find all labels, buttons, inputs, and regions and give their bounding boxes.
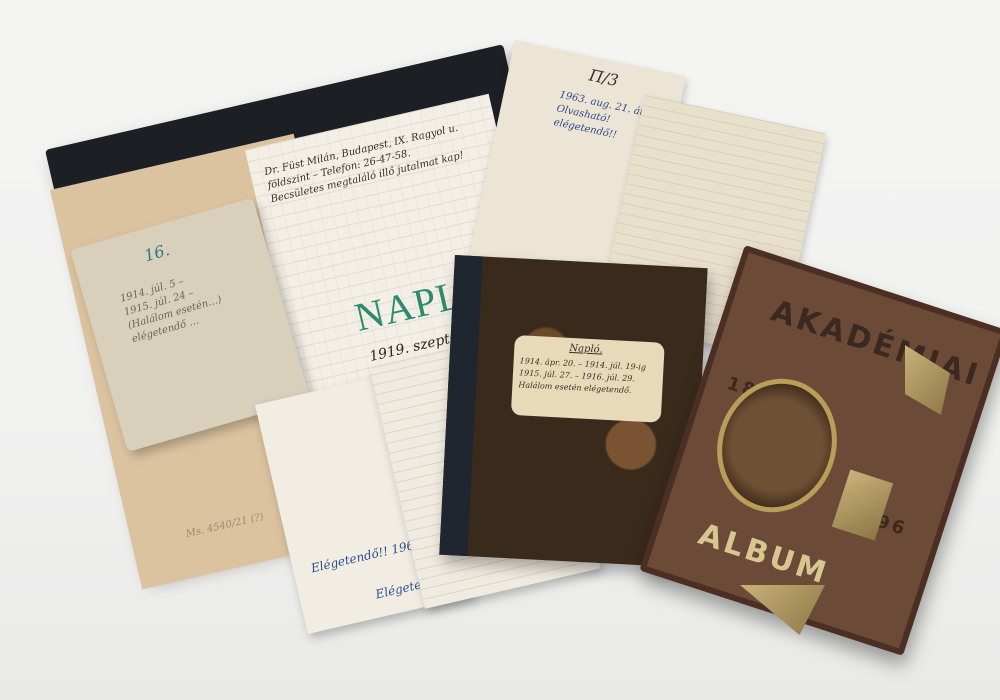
package-notes: 1914. júl. 5 – 1915. júl. 24 – (Halálom … bbox=[119, 252, 279, 347]
package-number: 16. bbox=[143, 243, 171, 263]
album-title-bottom: ALBUM bbox=[694, 517, 833, 592]
notebook-mark: Π/3 bbox=[588, 68, 620, 88]
label-title: Napló. bbox=[569, 342, 603, 358]
album-title-top: AKADÉMIAI bbox=[767, 293, 985, 393]
brass-corner-bottom bbox=[740, 585, 825, 635]
marbled-notebook-label: Napló. 1914. ápr. 20. – 1914. júl. 19-ig… bbox=[511, 335, 665, 423]
label-lines: 1914. ápr. 20. – 1914. júl. 19-ig 1915. … bbox=[518, 355, 660, 398]
cover-stamp: Ms. 4540/21 (?) bbox=[185, 510, 266, 542]
